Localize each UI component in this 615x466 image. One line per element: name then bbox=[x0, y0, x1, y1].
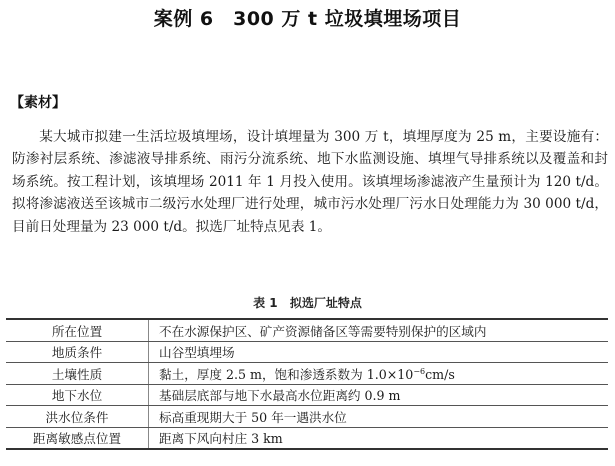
table-row: 所在位置 不在水源保护区、矿产资源储备区等需要特别保护的区域内 bbox=[6, 319, 608, 341]
row-value: 标高重现期大于 50 年一遇洪水位 bbox=[149, 406, 609, 428]
row-value: 黏土，厚度 2.5 m，饱和渗透系数为 1.0×10−6cm/s bbox=[149, 363, 609, 385]
site-characteristics-table: 所在位置 不在水源保护区、矿产资源储备区等需要特别保护的区域内 地质条件 山谷型… bbox=[6, 318, 608, 450]
row-value: 距离下风向村庄 3 km bbox=[149, 427, 609, 449]
section-heading-material: 【素材】 bbox=[10, 92, 66, 112]
row-value: 基础层底部与地下水最高水位距离约 0.9 m bbox=[149, 384, 609, 406]
table-caption-title: 拟选厂址特点 bbox=[290, 296, 362, 310]
row-value-text: 黏土，厚度 2.5 m，饱和渗透系数为 1.0×10 bbox=[159, 367, 413, 382]
table-row: 地质条件 山谷型填埋场 bbox=[6, 341, 608, 363]
table-row: 洪水位条件 标高重现期大于 50 年一遇洪水位 bbox=[6, 406, 608, 428]
row-key: 所在位置 bbox=[6, 319, 149, 341]
table-caption-number: 表 1 bbox=[253, 296, 278, 310]
row-key: 地质条件 bbox=[6, 341, 149, 363]
row-value: 山谷型填埋场 bbox=[149, 341, 609, 363]
table-row: 土壤性质 黏土，厚度 2.5 m，饱和渗透系数为 1.0×10−6cm/s bbox=[6, 363, 608, 385]
row-value-unit: cm/s bbox=[425, 367, 455, 382]
row-value: 不在水源保护区、矿产资源储备区等需要特别保护的区域内 bbox=[149, 319, 609, 341]
row-key: 距离敏感点位置 bbox=[6, 427, 149, 449]
table-row: 距离敏感点位置 距离下风向村庄 3 km bbox=[6, 427, 608, 449]
row-value-exponent: −6 bbox=[413, 367, 425, 376]
table-caption: 表 1 拟选厂址特点 bbox=[0, 294, 615, 311]
row-key: 地下水位 bbox=[6, 384, 149, 406]
table-row: 地下水位 基础层底部与地下水最高水位距离约 0.9 m bbox=[6, 384, 608, 406]
case-title: 案例 6 300 万 t 垃圾填埋场项目 bbox=[0, 4, 615, 31]
row-key: 土壤性质 bbox=[6, 363, 149, 385]
row-key: 洪水位条件 bbox=[6, 406, 149, 428]
case-description-paragraph: 某大城市拟建一生活垃圾填埋场，设计填埋量为 300 万 t，填埋厚度为 25 m… bbox=[12, 126, 608, 238]
